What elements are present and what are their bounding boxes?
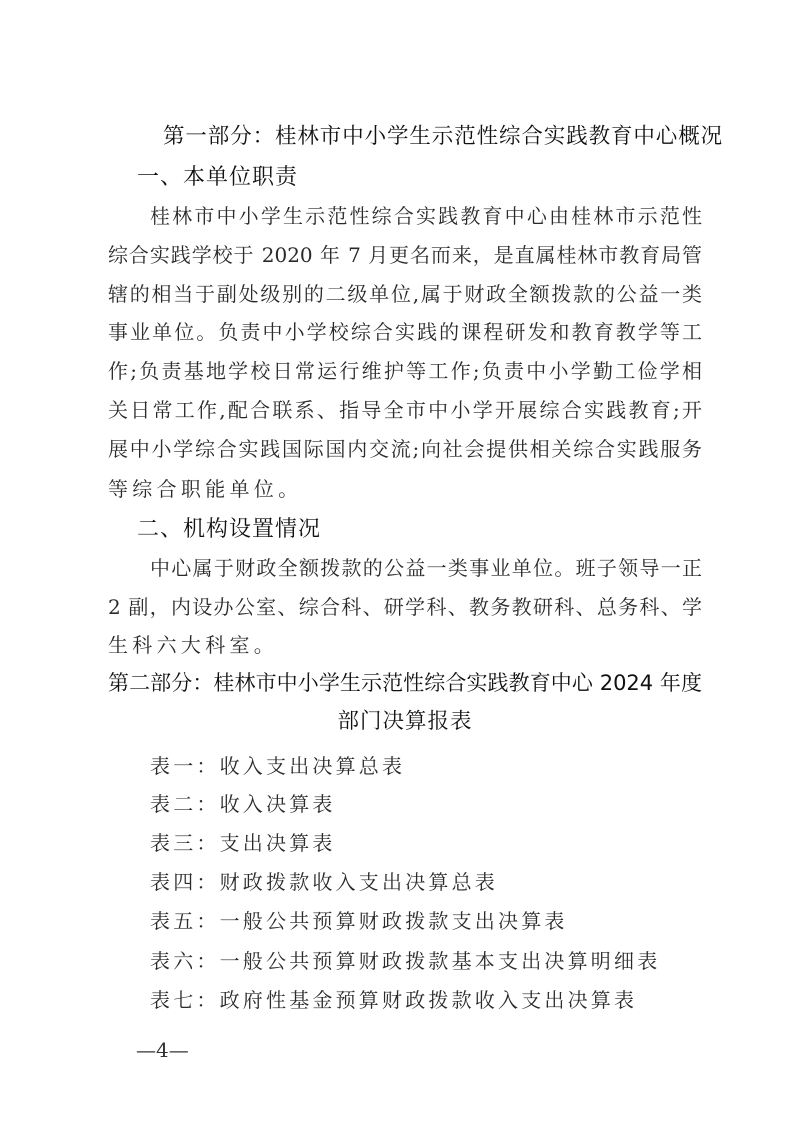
- paragraph-line: 综合实践学校于 2020 年 7 月更名而来，是直属桂林市教育局管: [108, 236, 702, 275]
- paragraph-line: 2 副，内设办公室、综合科、研学科、教务教研科、总务科、学: [108, 588, 702, 627]
- part2-title: 第二部分：桂林市中小学生示范性综合实践教育中心 2024 年度: [108, 664, 702, 703]
- table-list-item: 表五：一般公共预算财政拨款支出决算表: [150, 902, 670, 941]
- paragraph-line: 展中小学综合实践国际国内交流;向社会提供相关综合实践服务: [108, 430, 702, 469]
- page-number: —4—: [136, 1038, 189, 1062]
- table-list-item: 表六：一般公共预算财政拨款基本支出决算明细表: [150, 942, 670, 981]
- part2-subtitle: 部门决算报表: [108, 702, 702, 741]
- table-list-item: 表一：收入支出决算总表: [150, 747, 670, 786]
- paragraph-line: 桂林市中小学生示范性综合实践教育中心由桂林市示范性: [108, 197, 702, 236]
- table-list-item: 表二：收入决算表: [150, 785, 670, 824]
- section1-heading: 一、本单位职责: [137, 158, 731, 197]
- paragraph-line: 生科六大科室。: [108, 626, 702, 665]
- table-list-item: 表七：政府性基金预算财政拨款收入支出决算表: [150, 981, 670, 1020]
- paragraph-line: 关日常工作,配合联系、指导全市中小学开展综合实践教育;开: [108, 391, 702, 430]
- table-list-item: 表四：财政拨款收入支出决算总表: [150, 863, 670, 902]
- section2-heading: 二、机构设置情况: [137, 510, 731, 549]
- part1-title: 第一部分：桂林市中小学生示范性综合实践教育中心概况: [163, 117, 723, 156]
- paragraph-line: 辖的相当于副处级别的二级单位,属于财政全额拨款的公益一类: [108, 275, 702, 314]
- document-page: 第一部分：桂林市中小学生示范性综合实践教育中心概况 一、本单位职责 桂林市中小学…: [0, 0, 800, 1131]
- paragraph-line: 作;负责基地学校日常运行维护等工作;负责中小学勤工俭学相: [108, 352, 702, 391]
- paragraph-line: 中心属于财政全额拨款的公益一类事业单位。班子领导一正: [108, 549, 702, 588]
- paragraph-line: 等综合职能单位。: [108, 470, 702, 509]
- table-list-item: 表三：支出决算表: [150, 824, 670, 863]
- paragraph-line: 事业单位。负责中小学校综合实践的课程研发和教育教学等工: [108, 313, 702, 352]
